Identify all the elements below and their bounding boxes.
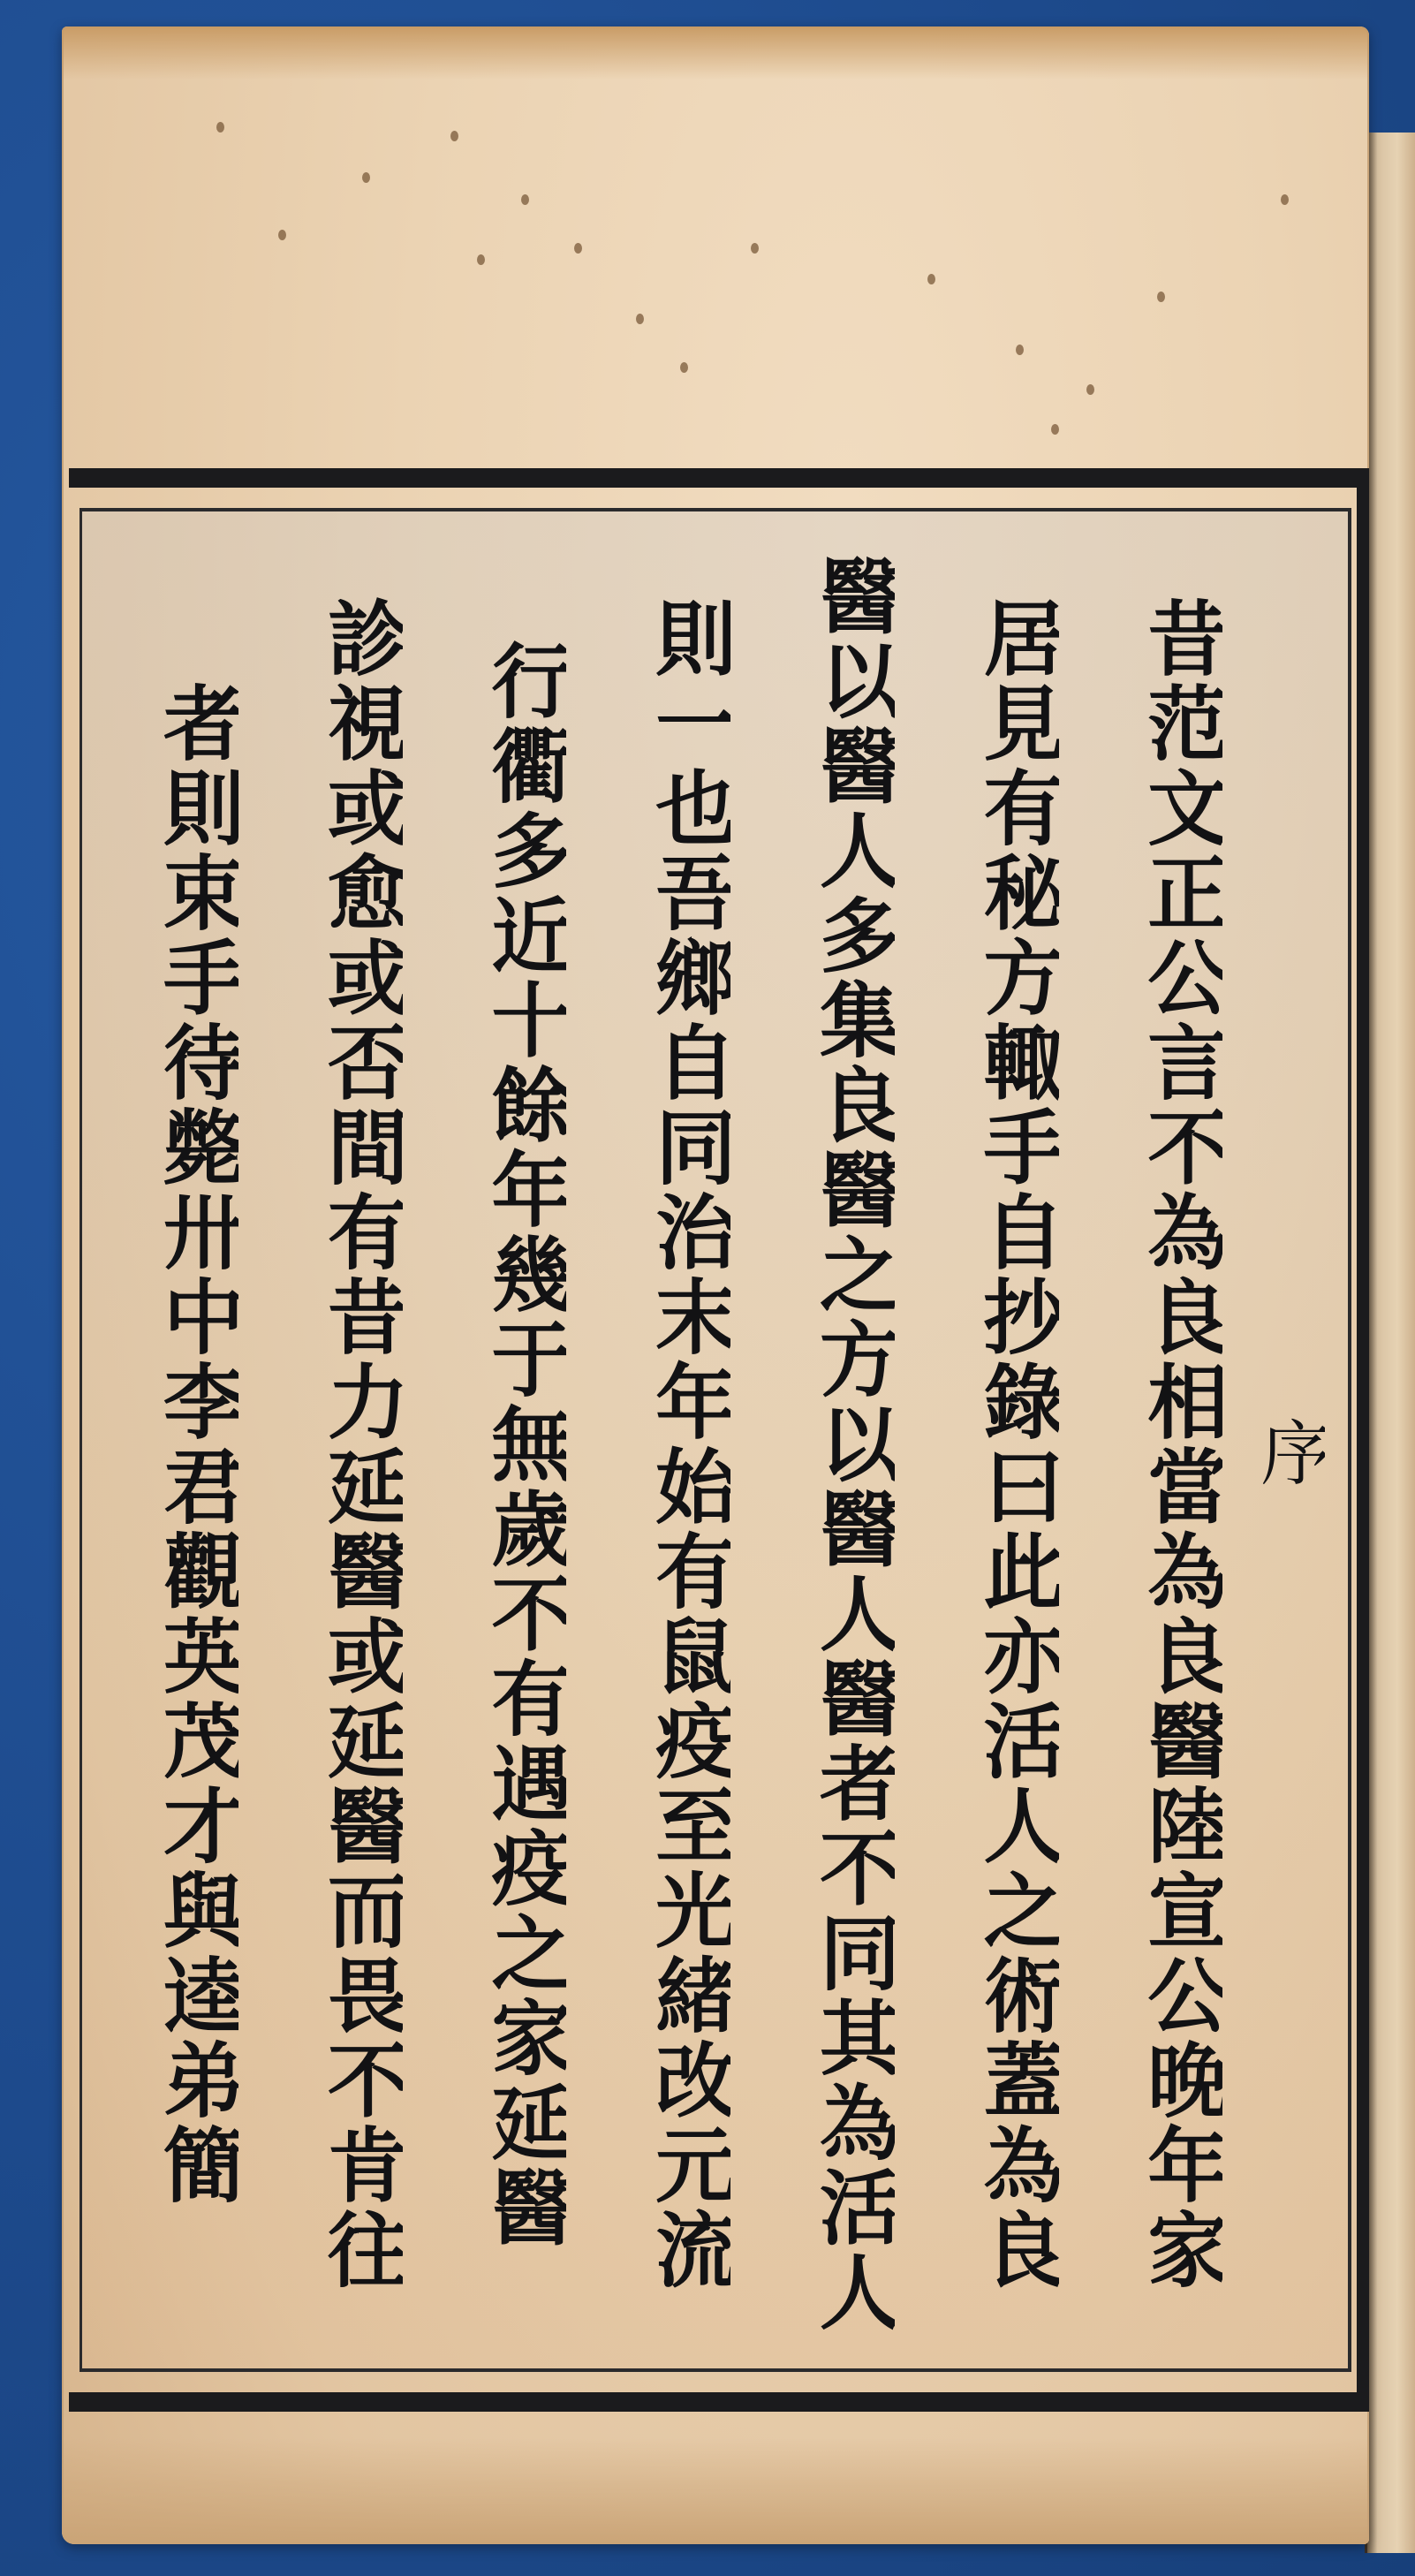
wormhole-mark — [278, 230, 286, 240]
title-text: 序 — [1254, 1416, 1325, 1490]
text-column-3: 醫以醫人多集良醫之方以醫人醫者不同其為活人 — [762, 526, 895, 2363]
column-text: 者則束手待斃卅中李君觀英茂才與逵弟簡 — [106, 681, 238, 2208]
wormhole-mark — [1016, 345, 1024, 355]
text-block: 序 昔范文正公言不為良相當為良醫陸宣公晚年家 居見有秘方輙手自抄錄曰此亦活人之術… — [106, 526, 1325, 2363]
column-text: 昔范文正公言不為良相當為良醫陸宣公晚年家 — [1090, 596, 1222, 2292]
text-column-7: 者則束手待斃卅中李君觀英茂才與逵弟簡 — [106, 526, 238, 2363]
text-column-2: 居見有秘方輙手自抄錄曰此亦活人之術蓋為良 — [927, 526, 1059, 2363]
wormhole-mark — [1281, 194, 1289, 205]
wormhole-mark — [362, 172, 370, 183]
wormhole-mark — [1157, 292, 1165, 302]
wormhole-mark — [477, 254, 485, 265]
wormhole-mark — [574, 243, 582, 254]
text-column-1: 昔范文正公言不為良相當為良醫陸宣公晚年家 — [1090, 526, 1222, 2363]
column-text: 醫以醫人多集良醫之方以醫人醫者不同其為活人 — [762, 554, 895, 2335]
column-text: 行衢多近十餘年幾于無歲不有遇疫之家延醫 — [434, 639, 566, 2250]
column-text: 則一也吾鄉自同治末年始有鼠疫至光緒改元流 — [598, 596, 730, 2292]
wormhole-mark — [216, 122, 224, 133]
wormhole-mark — [1051, 424, 1059, 435]
wormhole-mark — [1086, 384, 1094, 395]
wormhole-mark — [450, 131, 458, 141]
wormhole-mark — [680, 362, 688, 373]
wormhole-mark — [521, 194, 529, 205]
text-column-4: 則一也吾鄉自同治末年始有鼠疫至光緒改元流 — [598, 526, 730, 2363]
wormhole-mark — [927, 274, 935, 284]
column-text: 居見有秘方輙手自抄錄曰此亦活人之術蓋為良 — [927, 596, 1059, 2292]
preface-title: 序 — [1254, 526, 1325, 2363]
text-column-5: 行衢多近十餘年幾于無歲不有遇疫之家延醫 — [434, 526, 566, 2363]
adjacent-page-edge — [1365, 133, 1415, 2553]
wormhole-mark — [751, 243, 759, 254]
text-column-6: 診視或愈或否間有昔力延醫或延醫而畏不肯往 — [270, 526, 403, 2363]
wormhole-mark — [636, 314, 644, 324]
column-text: 診視或愈或否間有昔力延醫或延醫而畏不肯往 — [270, 596, 403, 2292]
